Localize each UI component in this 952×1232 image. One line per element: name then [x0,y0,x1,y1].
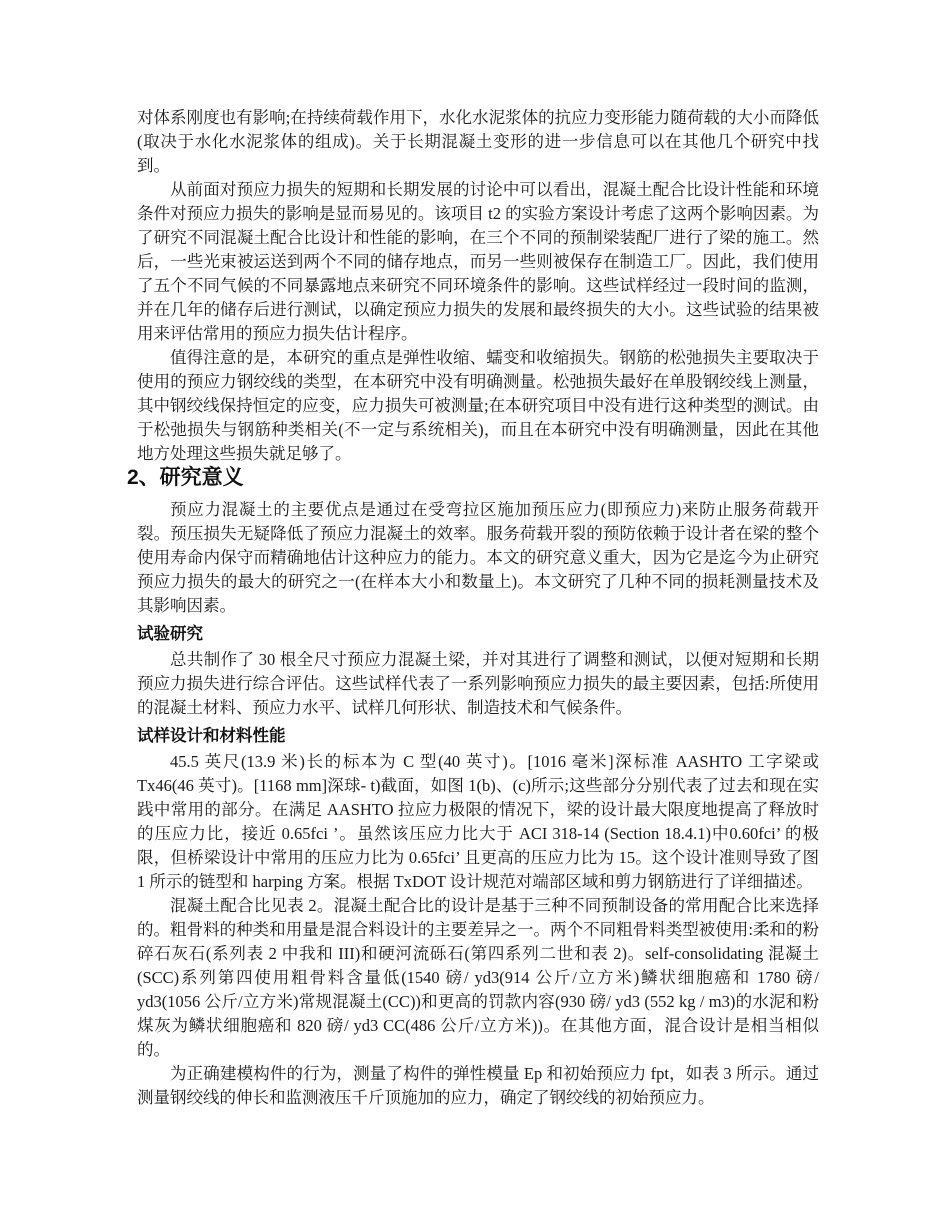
subheading-experimental-study: 试验研究 [137,622,819,646]
paragraph-system-stiffness: 对体系刚度也有影响;在持续荷载作用下，水化水泥浆体的抗应力变形能力随荷载的大小而… [137,106,819,178]
paragraph-relaxation-losses: 值得注意的是，本研究的重点是弹性收缩、蠕变和收缩损失。钢筋的松弛损失主要取决于使… [137,346,819,466]
section-heading-research-significance: 2、研究意义 [127,466,819,490]
paragraph-beam-fabrication: 总共制作了 30 根全尺寸预应力混凝土梁，并对其进行了调整和测试，以便对短期和长… [137,648,819,720]
paragraph-member-modeling: 为正确建模构件的行为，测量了构件的弹性模量 Ep 和初始预应力 fpt，如表 3… [137,1062,819,1110]
paragraph-experiment-design: 从前面对预应力损失的短期和长期发展的讨论中可以看出，混凝土配合比设计性能和环境条… [137,178,819,346]
subheading-specimen-design-materials: 试样设计和材料性能 [137,724,819,748]
document-body: 对体系刚度也有影响;在持续荷载作用下，水化水泥浆体的抗应力变形能力随荷载的大小而… [137,106,819,1110]
paragraph-specimen-dimensions: 45.5 英尺(13.9 米)长的标本为 C 型(40 英寸)。[1016 毫米… [137,750,819,894]
document-page: 对体系刚度也有影响;在持续荷载作用下，水化水泥浆体的抗应力变形能力随荷载的大小而… [0,0,952,1232]
paragraph-prestress-advantages: 预应力混凝土的主要优点是通过在受弯拉区施加预压应力(即预应力)来防止服务荷载开裂… [137,498,819,618]
paragraph-concrete-mixtures: 混凝土配合比见表 2。混凝土配合比的设计是基于三种不同预制设备的常用配合比来选择… [137,894,819,1062]
